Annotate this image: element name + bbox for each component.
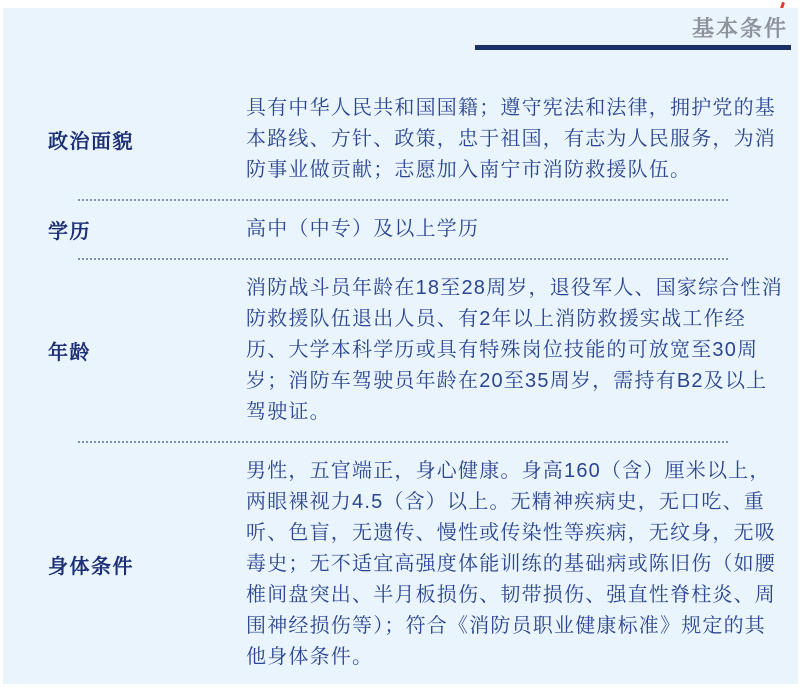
row-content: 消防战斗员年龄在18至28周岁，退役军人、国家综合性消 防救援队伍退出人员、有2… [246, 273, 798, 428]
row-physical-condition: 身体条件 男性，五官端正，身心健康。身高160（含）厘米以上， 两眼裸视力4.5… [3, 443, 798, 686]
row-education: 学历 高中（中专）及以上学历 [3, 201, 798, 258]
row-political-status: 政治面貌 具有中华人民共和国国籍；遵守宪法和法律，拥护党的基 本路线、方针、政策… [3, 80, 798, 199]
row-content: 男性，五官端正，身心健康。身高160（含）厘米以上， 两眼裸视力4.5（含）以上… [246, 456, 798, 673]
row-content: 高中（中专）及以上学历 [246, 214, 798, 245]
section-header: 基本条件 [3, 8, 798, 50]
section-title: 基本条件 [692, 14, 798, 44]
row-label: 年龄 [48, 336, 246, 365]
page: 基本条件 政治面貌 具有中华人民共和国国籍；遵守宪法和法律，拥护党的基 本路线、… [0, 0, 804, 692]
conditions-list: 政治面貌 具有中华人民共和国国籍；遵守宪法和法律，拥护党的基 本路线、方针、政策… [3, 80, 798, 686]
row-label: 身体条件 [48, 550, 246, 579]
row-label: 学历 [48, 215, 246, 244]
row-label: 政治面貌 [48, 125, 246, 154]
row-content: 具有中华人民共和国国籍；遵守宪法和法律，拥护党的基 本路线、方针、政策，忠于祖国… [246, 93, 798, 186]
conditions-card: 基本条件 政治面貌 具有中华人民共和国国籍；遵守宪法和法律，拥护党的基 本路线、… [3, 8, 798, 684]
row-age: 年龄 消防战斗员年龄在18至28周岁，退役军人、国家综合性消 防救援队伍退出人员… [3, 260, 798, 441]
title-underline [475, 45, 791, 50]
